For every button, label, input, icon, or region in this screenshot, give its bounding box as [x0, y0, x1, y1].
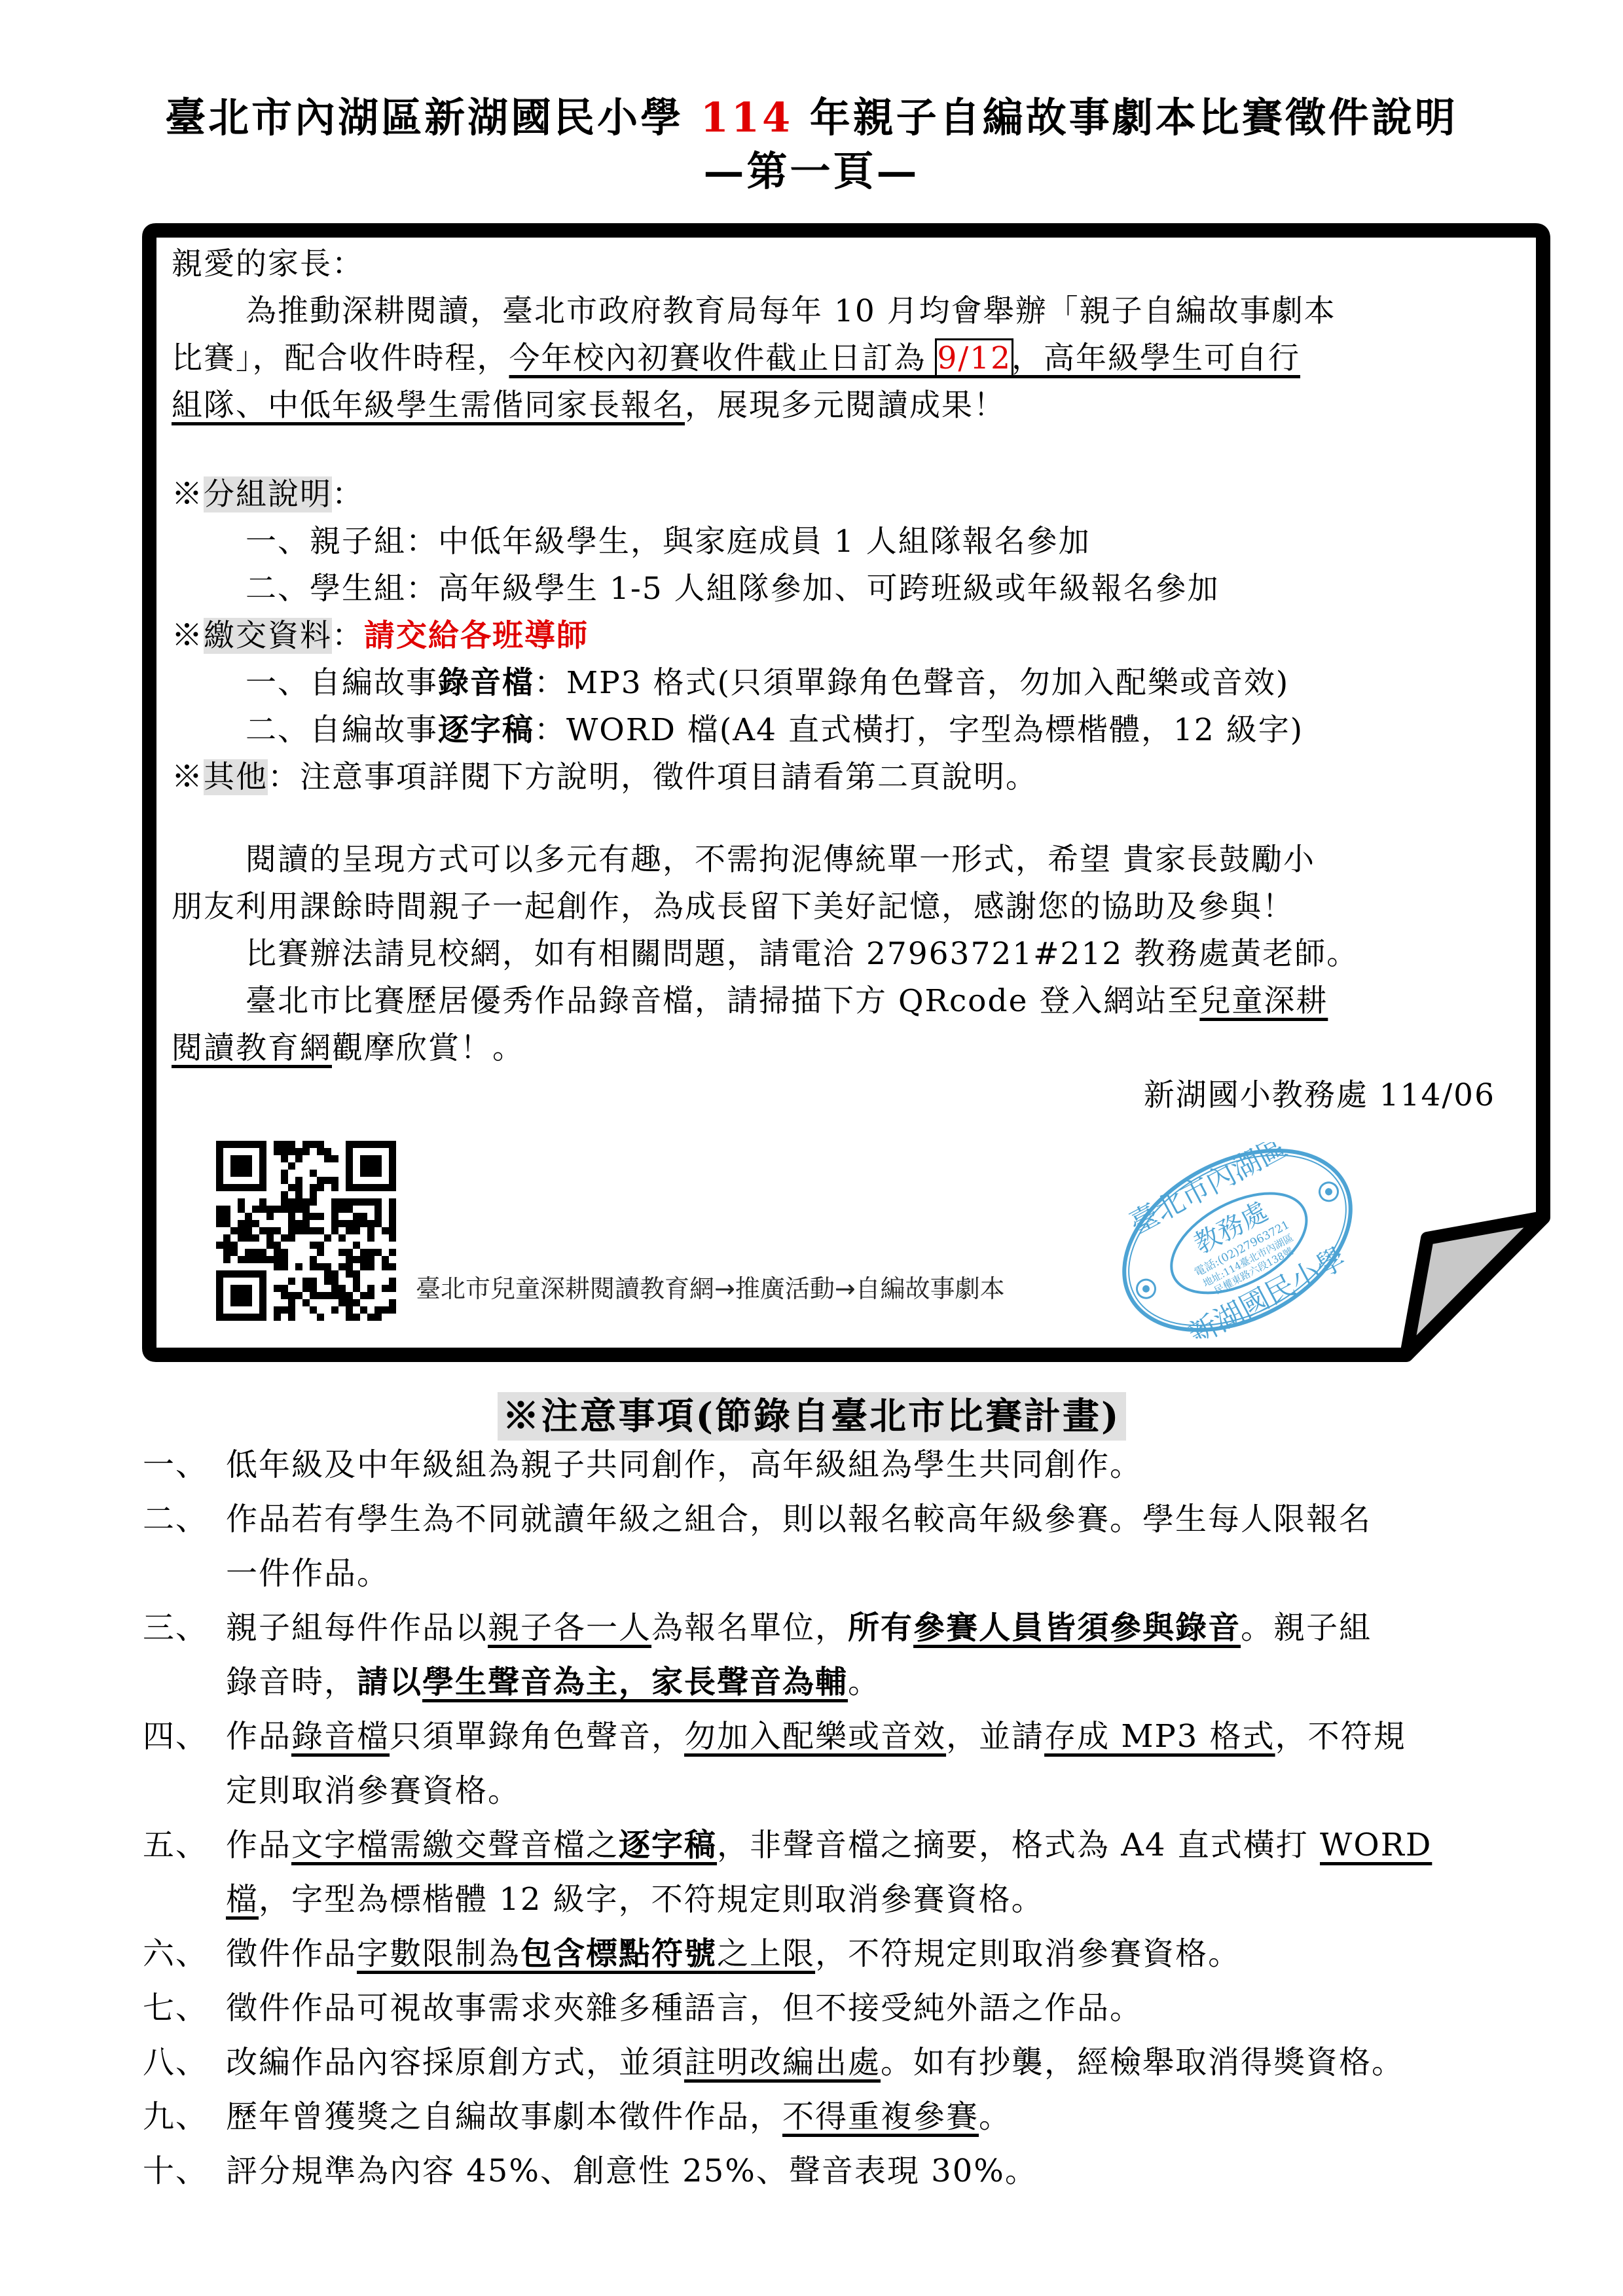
- note-item: 八、改編作品內容採原創方式，並須註明改編出處。如有抄襲，經檢舉取消得獎資格。: [143, 2036, 1404, 2090]
- note-number: 一、: [143, 1438, 226, 1492]
- note-number: 四、: [143, 1710, 226, 1764]
- folded-corner: [1406, 1217, 1543, 1355]
- emphasized-text: 包含標點符號: [520, 1935, 717, 1972]
- emphasized-text: 勿加入配樂或音效: [684, 1718, 946, 1755]
- note-line: 檔，字型為標楷體 12 級字，不符規定則取消參賽資格。: [143, 1873, 1432, 1927]
- note-text: ，非聲音檔之摘要，格式為 A4 直式橫打: [717, 1827, 1320, 1863]
- note-text: 作品: [226, 1718, 291, 1755]
- note-text: 作品若有學生為不同就讀年級之組合，則以報名較高年級參賽。學生每人限報名: [226, 1501, 1372, 1537]
- emphasized-text: WORD: [1320, 1827, 1432, 1863]
- note-line: 定則取消參賽資格。: [143, 1764, 1406, 1818]
- note-number: 九、: [143, 2090, 226, 2144]
- note-text: 為報名單位，: [651, 1609, 848, 1646]
- note-number: 十、: [143, 2144, 226, 2198]
- other-label: 其他: [204, 759, 268, 795]
- note-line: 四、作品錄音檔只須單錄角色聲音，勿加入配樂或音效，並請存成 MP3 格式，不符規: [143, 1710, 1406, 1764]
- note-line: 八、改編作品內容採原創方式，並須註明改編出處。如有抄襲，經檢舉取消得獎資格。: [143, 2036, 1404, 2090]
- note-item: 七、徵件作品可視故事需求夾雜多種語言，但不接受純外語之作品。: [143, 1981, 1142, 2036]
- note-number: 三、: [143, 1601, 226, 1655]
- note-item: 九、歷年曾獲獎之自編故事劇本徵件作品，不得重複參賽。: [143, 2090, 1012, 2144]
- intro-text: ，展現多元閱讀成果！: [685, 387, 1006, 423]
- note-text: 歷年曾獲獎之自編故事劇本徵件作品，: [226, 2098, 782, 2135]
- note-number: 六、: [143, 1927, 226, 1981]
- note-text: 徵件作品: [226, 1935, 357, 1972]
- note-text: 定則取消參賽資格。: [226, 1772, 520, 1809]
- group-item: 一、親子組：中低年級學生，與家庭成員 1 人組隊報名參加: [246, 518, 1091, 565]
- note-text: 請以: [357, 1664, 422, 1700]
- emphasized-text: 存成 MP3 格式: [1044, 1718, 1275, 1755]
- note-text: ，並請: [946, 1718, 1044, 1755]
- note-text: 作品: [226, 1827, 291, 1863]
- emphasized-text: 參賽人員皆須參與錄音: [913, 1609, 1241, 1646]
- emphasized-text: 錄音檔: [291, 1718, 390, 1755]
- note-item: 五、作品文字檔需繳交聲音檔之逐字稿，非聲音檔之摘要，格式為 A4 直式橫打 WO…: [143, 1818, 1432, 1927]
- note-item: 三、親子組每件作品以親子各一人為報名單位，所有參賽人員皆須參與錄音。親子組錄音時…: [143, 1601, 1372, 1710]
- deadline-text: 今年校內初賽收件截止日訂為 9/12，高年級學生可自行: [509, 340, 1301, 376]
- website-link[interactable]: 閱讀教育網: [172, 1030, 332, 1066]
- note-line: 一件作品。: [143, 1547, 1372, 1601]
- website-link[interactable]: 兒童深耕: [1199, 983, 1328, 1019]
- emphasized-text: 逐字稿: [619, 1827, 717, 1863]
- intro-line-1: 為推動深耕閱讀，臺北市政府教育局每年 10 月均會舉辦「親子自編故事劇本: [246, 288, 1336, 335]
- note-text: ，不符規定則取消參賽資格。: [815, 1935, 1241, 1972]
- emphasized-text: 學生聲音為主，家長聲音為輔: [422, 1664, 848, 1700]
- groups-label: 分組說明: [204, 476, 332, 512]
- note-item: 二、作品若有學生為不同就讀年級之組合，則以報名較高年級參賽。學生每人限報名一件作…: [143, 1492, 1372, 1601]
- closing-line-1: 閱讀的呈現方式可以多元有趣，不需拘泥傳統單一形式，希望 貴家長鼓勵小: [246, 836, 1315, 884]
- qr-code-icon[interactable]: [216, 1141, 396, 1321]
- note-text: 所有: [848, 1609, 913, 1646]
- notes-heading-wrap: ※注意事項(節錄自臺北市比賽計畫): [0, 1388, 1623, 1440]
- emphasized-text: 文字檔需繳交聲音檔之: [291, 1827, 619, 1863]
- note-line: 二、作品若有學生為不同就讀年級之組合，則以報名較高年級參賽。學生每人限報名: [143, 1492, 1372, 1547]
- signature: 新湖國小教務處 114/06: [1144, 1072, 1495, 1119]
- note-text: ，字型為標楷體 12 級字，不符規定則取消參賽資格。: [259, 1881, 1044, 1918]
- note-number: 五、: [143, 1818, 226, 1873]
- school-seal-stamp: 臺北市內湖區 新湖國民小學 教務處 電話:(02)27963721 地址:114…: [1106, 1142, 1368, 1338]
- note-text: 改編作品內容採原創方式，並須: [226, 2044, 684, 2081]
- deadline-date: 9/12: [937, 340, 1012, 376]
- emphasized-text: 親子各一人: [488, 1609, 651, 1646]
- plum-blossom-icon: [1134, 1276, 1159, 1301]
- note-text: 親子組每件作品以: [226, 1609, 488, 1646]
- note-item: 十、評分規準為內容 45%、創意性 25%、聲音表現 30%。: [143, 2144, 1038, 2198]
- closing-line-2: 朋友利用課餘時間親子一起創作，為成長留下美好記憶，感謝您的協助及參與！: [172, 884, 1294, 931]
- intro-line-2: 比賽」，配合收件時程，今年校內初賽收件截止日訂為 9/12，高年級學生可自行: [172, 335, 1300, 382]
- note-line: 一、低年級及中年級組為親子共同創作，高年級組為學生共同創作。: [143, 1438, 1142, 1492]
- note-text: 錄音時，: [226, 1664, 357, 1700]
- group-item: 二、學生組：高年級學生 1-5 人組隊參加、可跨班級或年級報名參加: [246, 565, 1220, 613]
- emphasized-text: 檔: [226, 1881, 259, 1918]
- note-text: 一件作品。: [226, 1555, 390, 1592]
- note-line: 五、作品文字檔需繳交聲音檔之逐字稿，非聲音檔之摘要，格式為 A4 直式橫打 WO…: [143, 1818, 1432, 1873]
- note-item: 一、低年級及中年級組為親子共同創作，高年級組為學生共同創作。: [143, 1438, 1142, 1492]
- note-text: 評分規準為內容 45%、創意性 25%、聲音表現 30%。: [226, 2153, 1038, 2189]
- contact-line: 比賽辦法請見校網，如有相關問題，請電洽 27963721#212 教務處黃老師。: [246, 931, 1359, 978]
- other-heading: ※其他：注意事項詳閱下方說明，徵件項目請看第二頁說明。: [172, 754, 1038, 801]
- closing-line-4: 臺北市比賽歷居優秀作品錄音檔，請掃描下方 QRcode 登入網站至兒童深耕: [246, 978, 1328, 1025]
- intro-line-3: 組隊、中低年級學生需偕同家長報名，展現多元閱讀成果！: [172, 382, 1006, 429]
- note-line: 七、徵件作品可視故事需求夾雜多種語言，但不接受純外語之作品。: [143, 1981, 1142, 2036]
- plum-blossom-icon: [1317, 1179, 1341, 1204]
- submission-heading: ※繳交資料：請交給各班導師: [172, 613, 589, 660]
- emphasized-text: 之上限: [717, 1935, 815, 1972]
- note-number: 二、: [143, 1492, 226, 1547]
- note-item: 四、作品錄音檔只須單錄角色聲音，勿加入配樂或音效，並請存成 MP3 格式，不符規…: [143, 1710, 1406, 1818]
- groups-heading: ※分組說明：: [172, 471, 364, 518]
- emphasized-text: 註明改編出處: [684, 2044, 881, 2081]
- note-line: 錄音時，請以學生聲音為主，家長聲音為輔。: [143, 1655, 1372, 1710]
- note-text: 低年級及中年級組為親子共同創作，高年級組為學生共同創作。: [226, 1446, 1142, 1483]
- note-line: 三、親子組每件作品以親子各一人為報名單位，所有參賽人員皆須參與錄音。親子組: [143, 1601, 1372, 1655]
- registration-rule: 組隊、中低年級學生需偕同家長報名: [172, 387, 685, 423]
- notes-title: ※注意事項(節錄自臺北市比賽計畫): [498, 1392, 1126, 1441]
- note-text: ，不符規: [1275, 1718, 1406, 1755]
- submission-instruction: 請交給各班導師: [364, 618, 589, 654]
- submission-item: 二、自編故事逐字稿：WORD 檔(A4 直式橫打，字型為標楷體，12 級字): [246, 707, 1304, 754]
- submission-label: 繳交資料: [204, 618, 332, 654]
- intro-text: 比賽」，配合收件時程，: [172, 340, 509, 376]
- note-number: 八、: [143, 2036, 226, 2090]
- note-number: 七、: [143, 1981, 226, 2036]
- note-item: 六、徵件作品字數限制為包含標點符號之上限，不符規定則取消參賽資格。: [143, 1927, 1241, 1981]
- greeting: 親愛的家長：: [172, 241, 364, 288]
- emphasized-text: 字數限制為: [357, 1935, 520, 1972]
- note-line: 六、徵件作品字數限制為包含標點符號之上限，不符規定則取消參賽資格。: [143, 1927, 1241, 1981]
- qr-caption: 臺北市兒童深耕閱讀教育網→推廣活動→自編故事劇本: [416, 1268, 1005, 1304]
- note-text: 只須單錄角色聲音，: [390, 1718, 684, 1755]
- note-text: 。: [979, 2098, 1012, 2135]
- note-text: 。如有抄襲，經檢舉取消得獎資格。: [881, 2044, 1404, 2081]
- closing-line-5: 閱讀教育網觀摩欣賞！。: [172, 1025, 524, 1072]
- note-text: 。親子組: [1241, 1609, 1372, 1646]
- emphasized-text: 不得重複參賽: [782, 2098, 979, 2135]
- note-text: 徵件作品可視故事需求夾雜多種語言，但不接受純外語之作品。: [226, 1990, 1142, 2026]
- submission-item: 一、自編故事錄音檔：MP3 格式(只須單錄角色聲音，勿加入配樂或音效): [246, 660, 1289, 707]
- note-line: 十、評分規準為內容 45%、創意性 25%、聲音表現 30%。: [143, 2144, 1038, 2198]
- note-text: 。: [848, 1664, 881, 1700]
- note-line: 九、歷年曾獲獎之自編故事劇本徵件作品，不得重複參賽。: [143, 2090, 1012, 2144]
